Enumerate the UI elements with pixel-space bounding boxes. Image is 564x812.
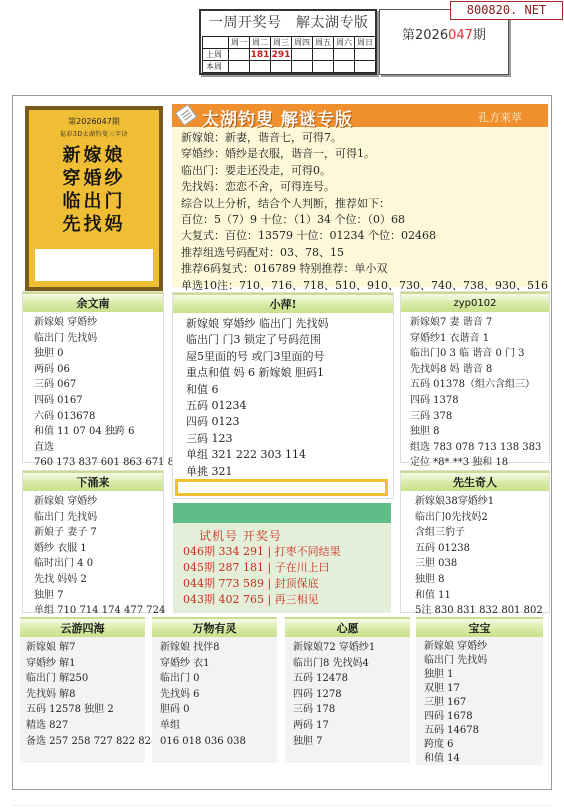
panel-line: 精选 827 <box>26 718 145 734</box>
panel-line: 独胆 8 <box>410 424 549 440</box>
panel-line: 单挑 321 <box>186 464 393 480</box>
panel-line: 单组 321 222 303 114 <box>186 447 393 463</box>
panel-body: 新嫁娘38穿婚纱1 临出门0先找妈2 含组三豹子 五码 01238 三胆 038… <box>401 491 549 619</box>
panel-title: 下涌来 <box>23 471 163 491</box>
panel-line: 单组 <box>160 718 277 734</box>
bottom-divider <box>12 805 552 806</box>
panel-line: 临出门 先找妈 <box>34 510 163 526</box>
panel-line: 直选 <box>34 440 163 456</box>
panel-line: 临出门0先找妈2 <box>415 510 549 526</box>
panel-line: 五码 14678 <box>424 724 543 738</box>
analysis-line: 先找妈：恋恋不舍，可得连号。 <box>181 179 548 195</box>
panel-line: 新嫁娘 穿婚纱 <box>34 315 163 331</box>
panel-title: 先生奇人 <box>401 471 549 491</box>
panel-line: 五码 12578 独胆 2 <box>26 702 145 718</box>
panel-line: 屋5里面的号 或门3里面的号 <box>186 349 393 365</box>
draw-cell <box>292 61 313 73</box>
poster-lines: 新嫁娘 穿婚纱 临出门 先找妈 <box>29 144 159 236</box>
week-col-sat: 周六 <box>334 37 355 49</box>
draw-cell <box>355 61 376 73</box>
row-label: 本周 <box>203 61 229 73</box>
panel-line: 和值 14 <box>424 752 543 766</box>
panel-body: 新嫁娘 穿婚纱 临出门 先找妈 新娘子 妻子 7 婚纱 衣服 1 临时出门 4 … <box>23 491 163 619</box>
panel-line: 备选 257 258 727 822 828 <box>26 734 145 750</box>
trial-line: 044期 773 589 | 封顶保底 <box>173 576 391 592</box>
panel-line: 新嫁娘38穿婚纱1 <box>415 494 549 510</box>
panel-line: 新嫁娘72 穿婚纱1 <box>293 640 410 656</box>
trial-draw-box: 试机号 开奖号 046期 334 291 | 打枣不同结果 045期 287 1… <box>173 503 391 613</box>
panel-line: 三码 378 <box>410 409 549 425</box>
panel-line: 独胆 1 <box>424 668 543 682</box>
panel-title: 小萍! <box>173 293 393 313</box>
panel-line: 三码 123 <box>186 431 393 447</box>
panel-body: 新嫁娘 穿婚纱 临出门 先找妈 独胆 0 两码 06 三码 067 四码 016… <box>23 312 163 471</box>
panel-line: 胆码 0 <box>160 702 277 718</box>
highlight-empty-box <box>175 479 388 496</box>
analysis-author: 孔方来萃 <box>478 109 522 125</box>
analysis-line: 推荐组选号码配对：03、78、15 <box>181 245 548 261</box>
site-watermark[interactable]: 800820. NET <box>450 1 563 20</box>
analysis-line: 临出门：要走还没走，可得0。 <box>181 163 548 179</box>
panel-body: 新嫁娘 解7 穿婚纱 解1 临出门 解250 先找妈 解8 五码 12578 独… <box>20 637 145 763</box>
analysis-line: 新嫁娘：新妻，谐音七，可得7。 <box>181 130 548 146</box>
panel-line: 新嫁娘 穿婚纱 <box>34 494 163 510</box>
weekly-draw-title: 一周开奖号 解太湖专版 <box>201 11 375 36</box>
panel-line: 临时出门 4 0 <box>34 556 163 572</box>
panel-line: 独胆 7 <box>293 734 410 750</box>
panel-title: 心愿 <box>285 617 410 637</box>
panel-line: 新嫁娘 找伴8 <box>160 640 277 656</box>
panel-line: 五码 12478 <box>293 671 410 687</box>
weekly-draw-box: 一周开奖号 解太湖专版 周一 周二 周三 周四 周五 周六 周日 上周 181 … <box>199 9 377 75</box>
panel-line: 婚纱 衣服 1 <box>34 541 163 557</box>
draw-cell: 291 <box>271 49 292 61</box>
panel-xin-yuan: 心愿 新嫁娘72 穿婚纱1 临出门8 先找妈4 五码 12478 四码 1278… <box>285 617 410 765</box>
panel-line: 新嫁娘 穿婚纱 临出门 先找妈 <box>186 316 393 332</box>
panel-line: 四码 1678 <box>424 710 543 724</box>
panel-yun-you-si-hai: 云游四海 新嫁娘 解7 穿婚纱 解1 临出门 解250 先找妈 解8 五码 12… <box>20 617 145 765</box>
draw-cell <box>229 61 250 73</box>
panel-line: 含组三豹子 <box>415 525 549 541</box>
panel-line: 穿婚纱 衣1 <box>160 656 277 672</box>
panel-line: 三胆 038 <box>415 556 549 572</box>
panel-line: 跨度 6 <box>424 738 543 752</box>
panel-wan-wu-you-ling: 万物有灵 新嫁娘 找伴8 穿婚纱 衣1 临出门 0 先找妈 6 胆码 0 单组 … <box>152 617 277 765</box>
panel-line: 和值 11 <box>415 588 549 604</box>
poster-line: 新嫁娘 <box>29 144 159 167</box>
panel-line: 定位 *8* **3 独和 18 <box>410 455 549 471</box>
analysis-line: 百位：5（7）9 十位：（1）34 个位：（0）68 <box>181 212 548 228</box>
week-header-row: 周一 周二 周三 周四 周五 周六 周日 <box>203 37 376 49</box>
panel-line: 先找妈 解8 <box>26 687 145 703</box>
analysis-header: 太湖钓叟 解谜专版 孔方来萃 <box>172 104 548 127</box>
issue-suffix: 期 <box>473 28 486 43</box>
analysis-line: 综合以上分析，结合个人判断，推荐如下： <box>181 196 548 212</box>
trial-header-bar <box>173 503 391 523</box>
analysis-section: 太湖钓叟 解谜专版 孔方来萃 新嫁娘：新妻，谐音七，可得7。 穿婚纱：婚纱是衣服… <box>172 104 548 287</box>
panel-line: 和值 6 <box>186 382 393 398</box>
panel-line: 临出门0 3 临 谐音 0 门 3 <box>410 346 549 362</box>
panel-line: 新嫁娘 解7 <box>26 640 145 656</box>
panel-line: 五码 01238 <box>415 541 549 557</box>
poster-blank-area <box>35 249 153 281</box>
trial-line: 046期 334 291 | 打枣不同结果 <box>173 544 391 560</box>
panel-title: 云游四海 <box>20 617 145 637</box>
panel-line: 先找妈 6 <box>160 687 277 703</box>
row-label: 上周 <box>203 49 229 61</box>
panel-line: 独胆 7 <box>34 588 163 604</box>
panel-line: 五码 01234 <box>186 398 393 414</box>
panel-xia-yong-lai: 下涌来 新嫁娘 穿婚纱 临出门 先找妈 新娘子 妻子 7 婚纱 衣服 1 临时出… <box>22 470 164 613</box>
draw-cell <box>250 61 271 73</box>
week-col-thu: 周四 <box>292 37 313 49</box>
panel-line: 临出门 0 <box>160 671 277 687</box>
panel-line: 先找妈8 妈 谐音 8 <box>410 362 549 378</box>
panel-line: 新嫁娘 穿婚纱 <box>424 640 543 654</box>
panel-title: 余文南 <box>23 292 163 312</box>
panel-line: 两码 06 <box>34 362 163 378</box>
draw-cell <box>313 61 334 73</box>
draw-cell <box>313 49 334 61</box>
panel-line: 穿婚纱 解1 <box>26 656 145 672</box>
panel-line: 独胆 0 <box>34 346 163 362</box>
draw-cell <box>355 49 376 61</box>
analysis-line: 推荐6码复式：016789 特别推荐：单小双 <box>181 261 548 277</box>
draw-cell <box>292 49 313 61</box>
panel-line: 先找 妈妈 2 <box>34 572 163 588</box>
panel-line: 三胆 167 <box>424 696 543 710</box>
panel-line: 760 173 837 601 863 671 876 <box>34 455 163 471</box>
poster-line: 穿婚纱 <box>29 167 159 190</box>
poster-subtitle: 福彩3D太湖钓叟三字诀 <box>29 129 159 138</box>
issue-label: 第2026047期 <box>402 24 486 43</box>
week-col-tue: 周二 <box>250 37 271 49</box>
panel-line: 三码 067 <box>34 377 163 393</box>
panel-line: 六码 013678 <box>34 409 163 425</box>
panel-line: 四码 1378 <box>410 393 549 409</box>
panel-line: 临出门 解250 <box>26 671 145 687</box>
panel-yu-wen-nan: 余文南 新嫁娘 穿婚纱 临出门 先找妈 独胆 0 两码 06 三码 067 四码… <box>22 291 164 463</box>
panel-line: 四码 0123 <box>186 414 393 430</box>
analysis-line: 大复式：百位：13579 十位：01234 个位：02468 <box>181 228 548 244</box>
week-col-wed: 周三 <box>271 37 292 49</box>
panel-line: 四码 0167 <box>34 393 163 409</box>
panel-line: 双胆 17 <box>424 682 543 696</box>
panel-xiao-ping: 小萍! 新嫁娘 穿婚纱 临出门 先找妈 临出门 门3 锁定了号码范围 屋5里面的… <box>172 292 394 499</box>
draw-cell <box>334 49 355 61</box>
poster-issue: 第2026047期 <box>29 116 159 127</box>
panel-line: 穿婚纱1 衣谐音 1 <box>410 331 549 347</box>
panel-body: 新嫁娘 找伴8 穿婚纱 衣1 临出门 0 先找妈 6 胆码 0 单组 016 0… <box>152 637 277 763</box>
panel-line: 三码 178 <box>293 702 410 718</box>
draw-cell <box>229 49 250 61</box>
panel-title: zyp0102 <box>401 292 549 312</box>
panel-line: 独胆 8 <box>415 572 549 588</box>
week-col-fri: 周五 <box>313 37 334 49</box>
issue-prefix: 第2026 <box>402 28 448 43</box>
panel-line: 组选 783 078 713 138 383 <box>410 440 549 456</box>
issue-number: 047 <box>448 28 473 43</box>
panel-line: 和值 11 07 04 独跨 6 <box>34 424 163 440</box>
draw-cell <box>334 61 355 73</box>
panel-line: 016 018 036 038 <box>160 734 277 750</box>
trial-line: 045期 287 181 | 子在川上曰 <box>173 560 391 576</box>
last-week-row: 上周 181 291 <box>203 49 376 61</box>
panel-line: 临出门8 先找妈4 <box>293 656 410 672</box>
panel-zyp0102: zyp0102 新嫁娘7 妻 谐音 7 穿婚纱1 衣谐音 1 临出门0 3 临 … <box>400 291 550 463</box>
weekly-draw-table: 周一 周二 周三 周四 周五 周六 周日 上周 181 291 本周 <box>202 36 376 73</box>
week-col-blank <box>203 37 229 49</box>
trial-title: 试机号 开奖号 <box>173 527 391 544</box>
panel-line: 两码 17 <box>293 718 410 734</box>
panel-line: 新娘子 妻子 7 <box>34 525 163 541</box>
panel-line: 临出门 门3 锁定了号码范围 <box>186 332 393 348</box>
panel-title: 万物有灵 <box>152 617 277 637</box>
panel-line: 临出门 先找妈 <box>424 654 543 668</box>
panel-line: 新嫁娘7 妻 谐音 7 <box>410 315 549 331</box>
this-week-row: 本周 <box>203 61 376 73</box>
week-col-mon: 周一 <box>229 37 250 49</box>
panel-body: 新嫁娘 穿婚纱 临出门 先找妈 临出门 门3 锁定了号码范围 屋5里面的号 或门… <box>173 313 393 480</box>
analysis-title: 太湖钓叟 解谜专版 <box>202 105 353 130</box>
panel-body: 新嫁娘 穿婚纱 临出门 先找妈 独胆 1 双胆 17 三胆 167 四码 167… <box>416 637 543 765</box>
poster-line: 先找妈 <box>29 213 159 236</box>
panel-line: 重点和值 妈 6 新嫁娘 胆码1 <box>186 365 393 381</box>
draw-cell <box>271 61 292 73</box>
draw-cell: 181 <box>250 49 271 61</box>
poster-line: 临出门 <box>29 190 159 213</box>
panel-title: 宝宝 <box>416 617 543 637</box>
trial-line: 043期 402 765 | 再三相见 <box>173 592 391 608</box>
panel-bao-bao: 宝宝 新嫁娘 穿婚纱 临出门 先找妈 独胆 1 双胆 17 三胆 167 四码 … <box>416 617 543 767</box>
panel-line: 四码 1278 <box>293 687 410 703</box>
panel-body: 新嫁娘72 穿婚纱1 临出门8 先找妈4 五码 12478 四码 1278 三码… <box>285 637 410 763</box>
analysis-line: 穿婚纱：婚纱是衣服，谐音一，可得1。 <box>181 146 548 162</box>
panel-line: 临出门 先找妈 <box>34 331 163 347</box>
panel-xian-sheng-qi-ren: 先生奇人 新嫁娘38穿婚纱1 临出门0先找妈2 含组三豹子 五码 01238 三… <box>400 470 550 613</box>
panel-line: 五码 01378（组六含组三） <box>410 377 549 393</box>
riddle-poster: 第2026047期 福彩3D太湖钓叟三字诀 新嫁娘 穿婚纱 临出门 先找妈 <box>25 106 163 291</box>
panel-body: 新嫁娘7 妻 谐音 7 穿婚纱1 衣谐音 1 临出门0 3 临 谐音 0 门 3… <box>401 312 549 471</box>
book-icon <box>175 104 197 126</box>
analysis-lines: 新嫁娘：新妻，谐音七，可得7。 穿婚纱：婚纱是衣服，谐音一，可得1。 临出门：要… <box>172 127 548 294</box>
week-col-sun: 周日 <box>355 37 376 49</box>
